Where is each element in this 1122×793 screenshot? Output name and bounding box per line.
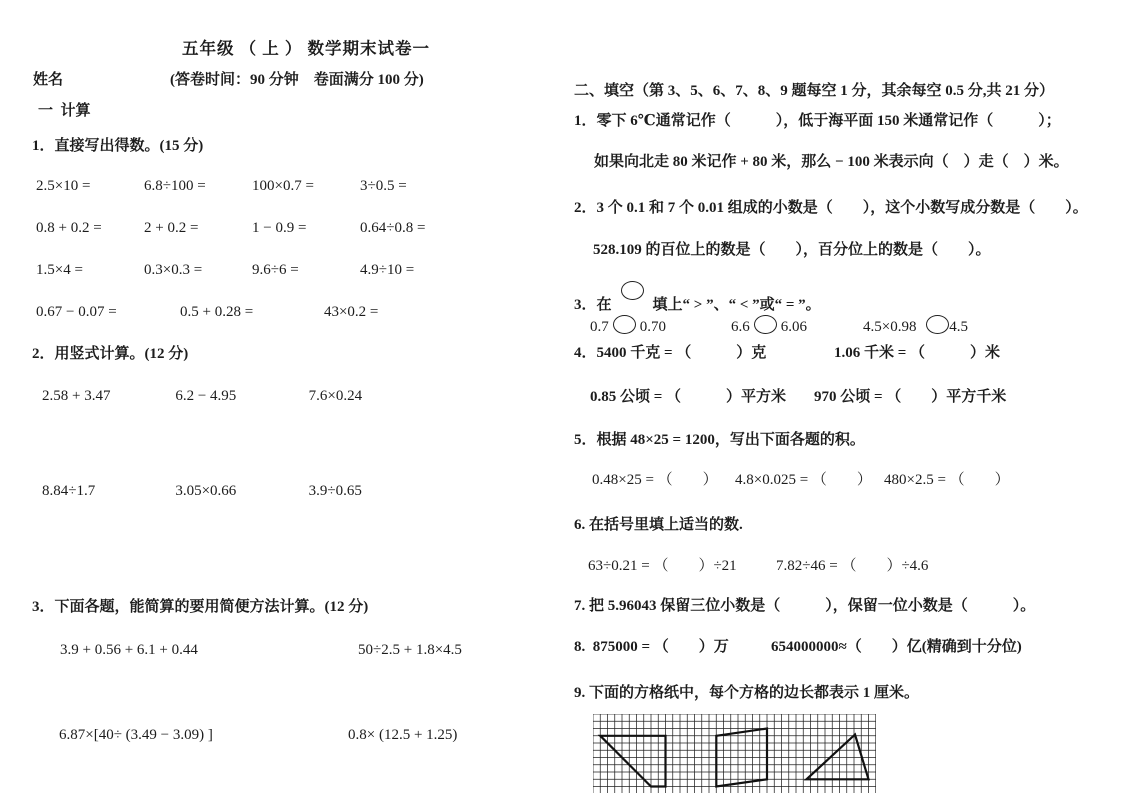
q1-row: 1.5×4 = 0.3×0.3 = 9.6÷6 = 4.9÷10 = [36,262,468,279]
comparison-item: 4.5×0.98 4.5 [863,315,968,336]
expression: 3.05×0.66 [175,483,308,500]
fill-q3-stem-pre: 3．在 [574,297,612,313]
fill-q6-item: 63÷0.21 = （ ）÷21 [588,558,737,575]
q2-row: 8.84÷1.7 3.05×0.66 3.9÷0.65 [42,483,442,500]
q1-row: 0.67 − 0.07 = 0.5 + 0.28 = 43×0.2 = [36,304,468,321]
comparison-item: 0.70.70 [590,315,666,336]
fill-q3-stem: 3．在填上“ > ”、“ < ”或“ = ”。 [574,281,821,314]
name-label: 姓名 [33,72,63,89]
fill-q3-stem-post: 填上“ > ”、“ < ”或“ = ”。 [653,297,821,313]
exam-info: (答卷时间：90 分钟 卷面满分 100 分) [170,72,424,89]
fill-q2-line1: 2．3 个 0.1 和 7 个 0.01 组成的小数是（ ），这个小数写成分数是… [574,200,1088,217]
expression: 43×0.2 = [324,304,468,321]
blank-circle-icon [613,315,636,334]
expression: 9.6÷6 = [252,262,360,279]
expression: 0.8× (12.5 + 1.25) [348,727,457,744]
section1-heading: 一 计算 [38,103,91,120]
expression: 0.67 − 0.07 = [36,304,180,321]
fill-q4-item: 4．5400 千克 = （ ）克 [574,345,766,362]
fill-q4-item: 970 公顷 = （ ）平方千米 [814,389,1006,406]
expression: 6.2 − 4.95 [175,388,308,405]
fill-q1-line1: 1．零下 6℃通常记作（ ），低于海平面 150 米通常记作（ ）； [574,113,1061,130]
expression: 50÷2.5 + 1.8×4.5 [358,642,462,659]
comparison-item: 6.66.06 [731,315,807,336]
fill-q4-item: 0.85 公顷 = （ ）平方米 [590,389,786,406]
expression: 3÷0.5 = [360,178,468,195]
q2-label: 2．用竖式计算。(12 分) [32,346,188,363]
expression: 0.3×0.3 = [144,262,252,279]
fill-q4-item: 1.06 千米 = （ ）米 [834,345,1000,362]
section2-heading: 二、填空（第 3、5、6、7、8、9 题每空 1 分，其余每空 0.5 分,共 … [574,83,1054,100]
fill-q8-item: 654000000≈（ ）亿(精确到十分位) [771,639,1022,656]
fill-q5-item: 0.48×25 = （ ） [592,472,718,489]
q3-label: 3．下面各题，能简算的要用简便方法计算。(12 分) [32,599,368,616]
expression: 0.8 + 0.2 = [36,220,144,237]
expression: 3.9 + 0.56 + 6.1 + 0.44 [60,642,198,659]
blank-circle-icon [926,315,949,334]
grid-figure-svg [593,714,876,793]
fill-q8-item: 8. 875000 = （ ）万 [574,639,729,656]
q2-row: 2.58 + 3.47 6.2 − 4.95 7.6×0.24 [42,388,442,405]
exam-paper-page: 五年级 （ 上 ） 数学期末试卷一 姓名 (答卷时间：90 分钟 卷面满分 10… [0,0,1122,793]
expression: 7.6×0.24 [309,388,442,405]
expression: 2.58 + 3.47 [42,388,175,405]
blank-circle-icon [754,315,777,334]
q1-row: 0.8 + 0.2 = 2 + 0.2 = 1 − 0.9 = 0.64÷0.8… [36,220,468,237]
fill-q6-item: 7.82÷46 = （ ）÷4.6 [776,558,928,575]
fill-q2-line2: 528.109 的百位上的数是（ ），百分位上的数是（ ）。 [593,242,991,259]
expression: 4.9÷10 = [360,262,468,279]
fill-q5-item: 4.8×0.025 = （ ） [735,472,872,489]
comparison-right: 6.06 [781,319,807,335]
fill-q9-label: 9. 下面的方格纸中，每个方格的边长都表示 1 厘米。 [574,685,919,702]
expression: 1 − 0.9 = [252,220,360,237]
triangle [807,735,869,780]
q1-row: 2.5×10 = 6.8÷100 = 100×0.7 = 3÷0.5 = [36,178,468,195]
expression: 6.87×[40÷ (3.49 − 3.09) ] [59,727,213,744]
fill-q1-line2: 如果向北走 80 米记作 + 80 米，那么 − 100 米表示向（ ）走（ ）… [594,154,1069,171]
comparison-left: 0.7 [590,319,609,335]
expression: 6.8÷100 = [144,178,252,195]
expression: 1.5×4 = [36,262,144,279]
comparison-right: 4.5 [949,319,968,335]
expression: 2.5×10 = [36,178,144,195]
expression: 8.84÷1.7 [42,483,175,500]
expression: 3.9÷0.65 [309,483,442,500]
expression: 0.64÷0.8 = [360,220,468,237]
fill-q7-line: 7. 把 5.96043 保留三位小数是（ ），保留一位小数是（ ）。 [574,598,1035,615]
comparison-right: 0.70 [640,319,666,335]
fill-q6-label: 6. 在括号里填上适当的数. [574,517,743,534]
comparison-left: 4.5×0.98 [863,319,920,335]
expression: 0.5 + 0.28 = [180,304,324,321]
q1-label: 1．直接写出得数。(15 分) [32,138,203,155]
fill-q5-label: 5．根据 48×25 = 1200，写出下面各题的积。 [574,432,865,449]
page-title: 五年级 （ 上 ） 数学期末试卷一 [182,40,430,59]
expression: 2 + 0.2 = [144,220,252,237]
expression: 100×0.7 = [252,178,360,195]
blank-circle-icon [621,281,644,300]
grid-figure [593,714,877,793]
comparison-left: 6.6 [731,319,750,335]
fill-q5-item: 480×2.5 = （ ） [884,472,1010,489]
